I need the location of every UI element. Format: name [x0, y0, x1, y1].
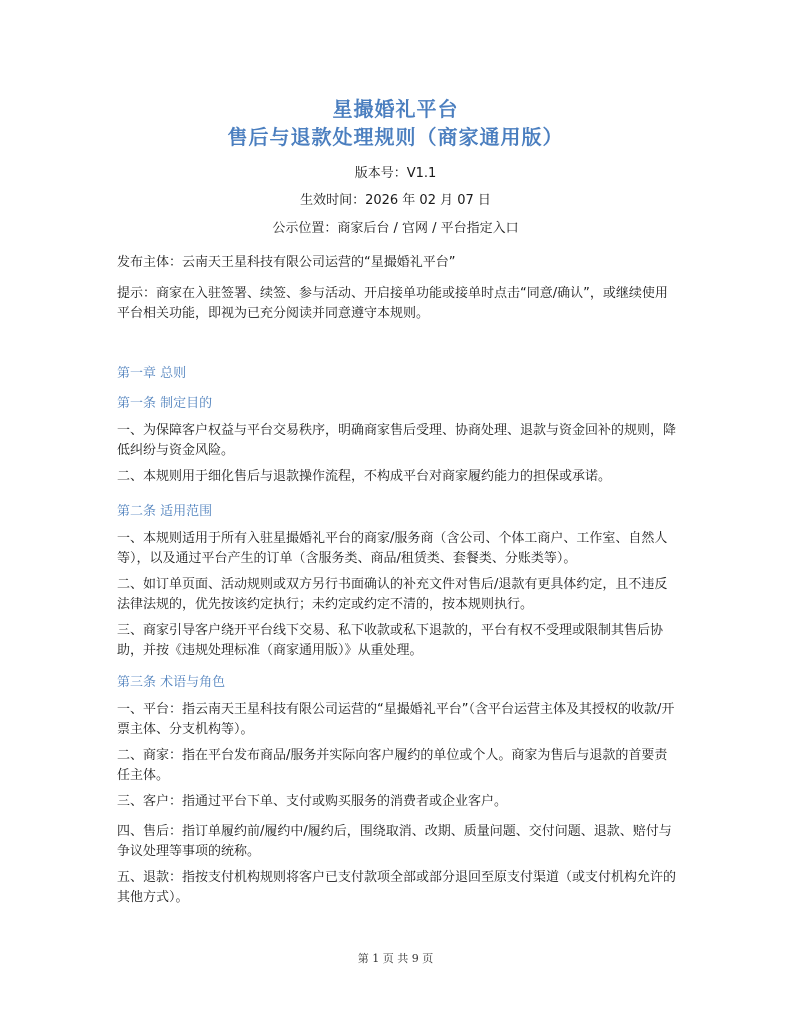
article-paragraph: 四、售后：指订单履约前/履约中/履约后，围绕取消、改期、质量问题、交付问题、退款… — [117, 822, 677, 862]
article-paragraph: 二、商家：指在平台发布商品/服务并实际向客户履约的单位或个人。商家为售后与退款的… — [117, 746, 677, 786]
notice-paragraph: 提示：商家在入驻签署、续签、参与活动、开启接单功能或接单时点击“同意/确认”，或… — [117, 284, 677, 324]
document-page: 星撮婚礼平台 售后与退款处理规则（商家通用版） 版本号：V1.1 生效时间：20… — [0, 0, 791, 1024]
article-paragraph: 一、为保障客户权益与平台交易秩序，明确商家售后受理、协商处理、退款与资金回补的规… — [117, 421, 677, 461]
article-heading-text: 第二条 适用范围 — [117, 504, 212, 519]
page-indicator: 第 1 页 共 9 页 — [0, 950, 791, 966]
article-paragraph: 一、本规则适用于所有入驻星撮婚礼平台的商家/服务商（含公司、个体工商户、工作室、… — [117, 529, 677, 569]
article-paragraph: 二、如订单页面、活动规则或双方另行书面确认的补充文件对售后/退款有更具体约定，且… — [117, 575, 677, 615]
effective-date: 生效时间：2026 年 02 月 07 日 — [0, 189, 791, 208]
version-number: 版本号：V1.1 — [0, 162, 791, 181]
publish-location: 公示位置：商家后台 / 官网 / 平台指定入口 — [0, 217, 791, 236]
article-paragraph: 一、平台：指云南天王星科技有限公司运营的“星撮婚礼平台”（含平台运营主体及其授权… — [117, 700, 677, 740]
article-paragraph: 三、客户：指通过平台下单、支付或购买服务的消费者或企业客户。 — [117, 792, 677, 812]
article-heading: 第一条 制定目的 — [117, 392, 212, 411]
article-paragraph: 三、商家引导客户绕开平台线下交易、私下收款或私下退款的，平台有权不受理或限制其售… — [117, 621, 677, 661]
article-heading: 第三条 术语与角色 — [117, 671, 225, 690]
document-title-platform: 星撮婚礼平台 — [0, 93, 791, 122]
publisher-statement: 发布主体：云南天王星科技有限公司运营的“星撮婚礼平台” — [117, 253, 677, 273]
article-paragraph: 五、退款：指按支付机构规则将客户已支付款项全部或部分退回至原支付渠道（或支付机构… — [117, 868, 677, 908]
chapter-heading: 第一章 总则 — [117, 362, 186, 381]
document-title-rules: 售后与退款处理规则（商家通用版） — [0, 121, 791, 150]
article-paragraph: 二、本规则用于细化售后与退款操作流程，不构成平台对商家履约能力的担保或承诺。 — [117, 467, 677, 487]
article-heading: 第二条 适用范围 — [117, 500, 212, 519]
